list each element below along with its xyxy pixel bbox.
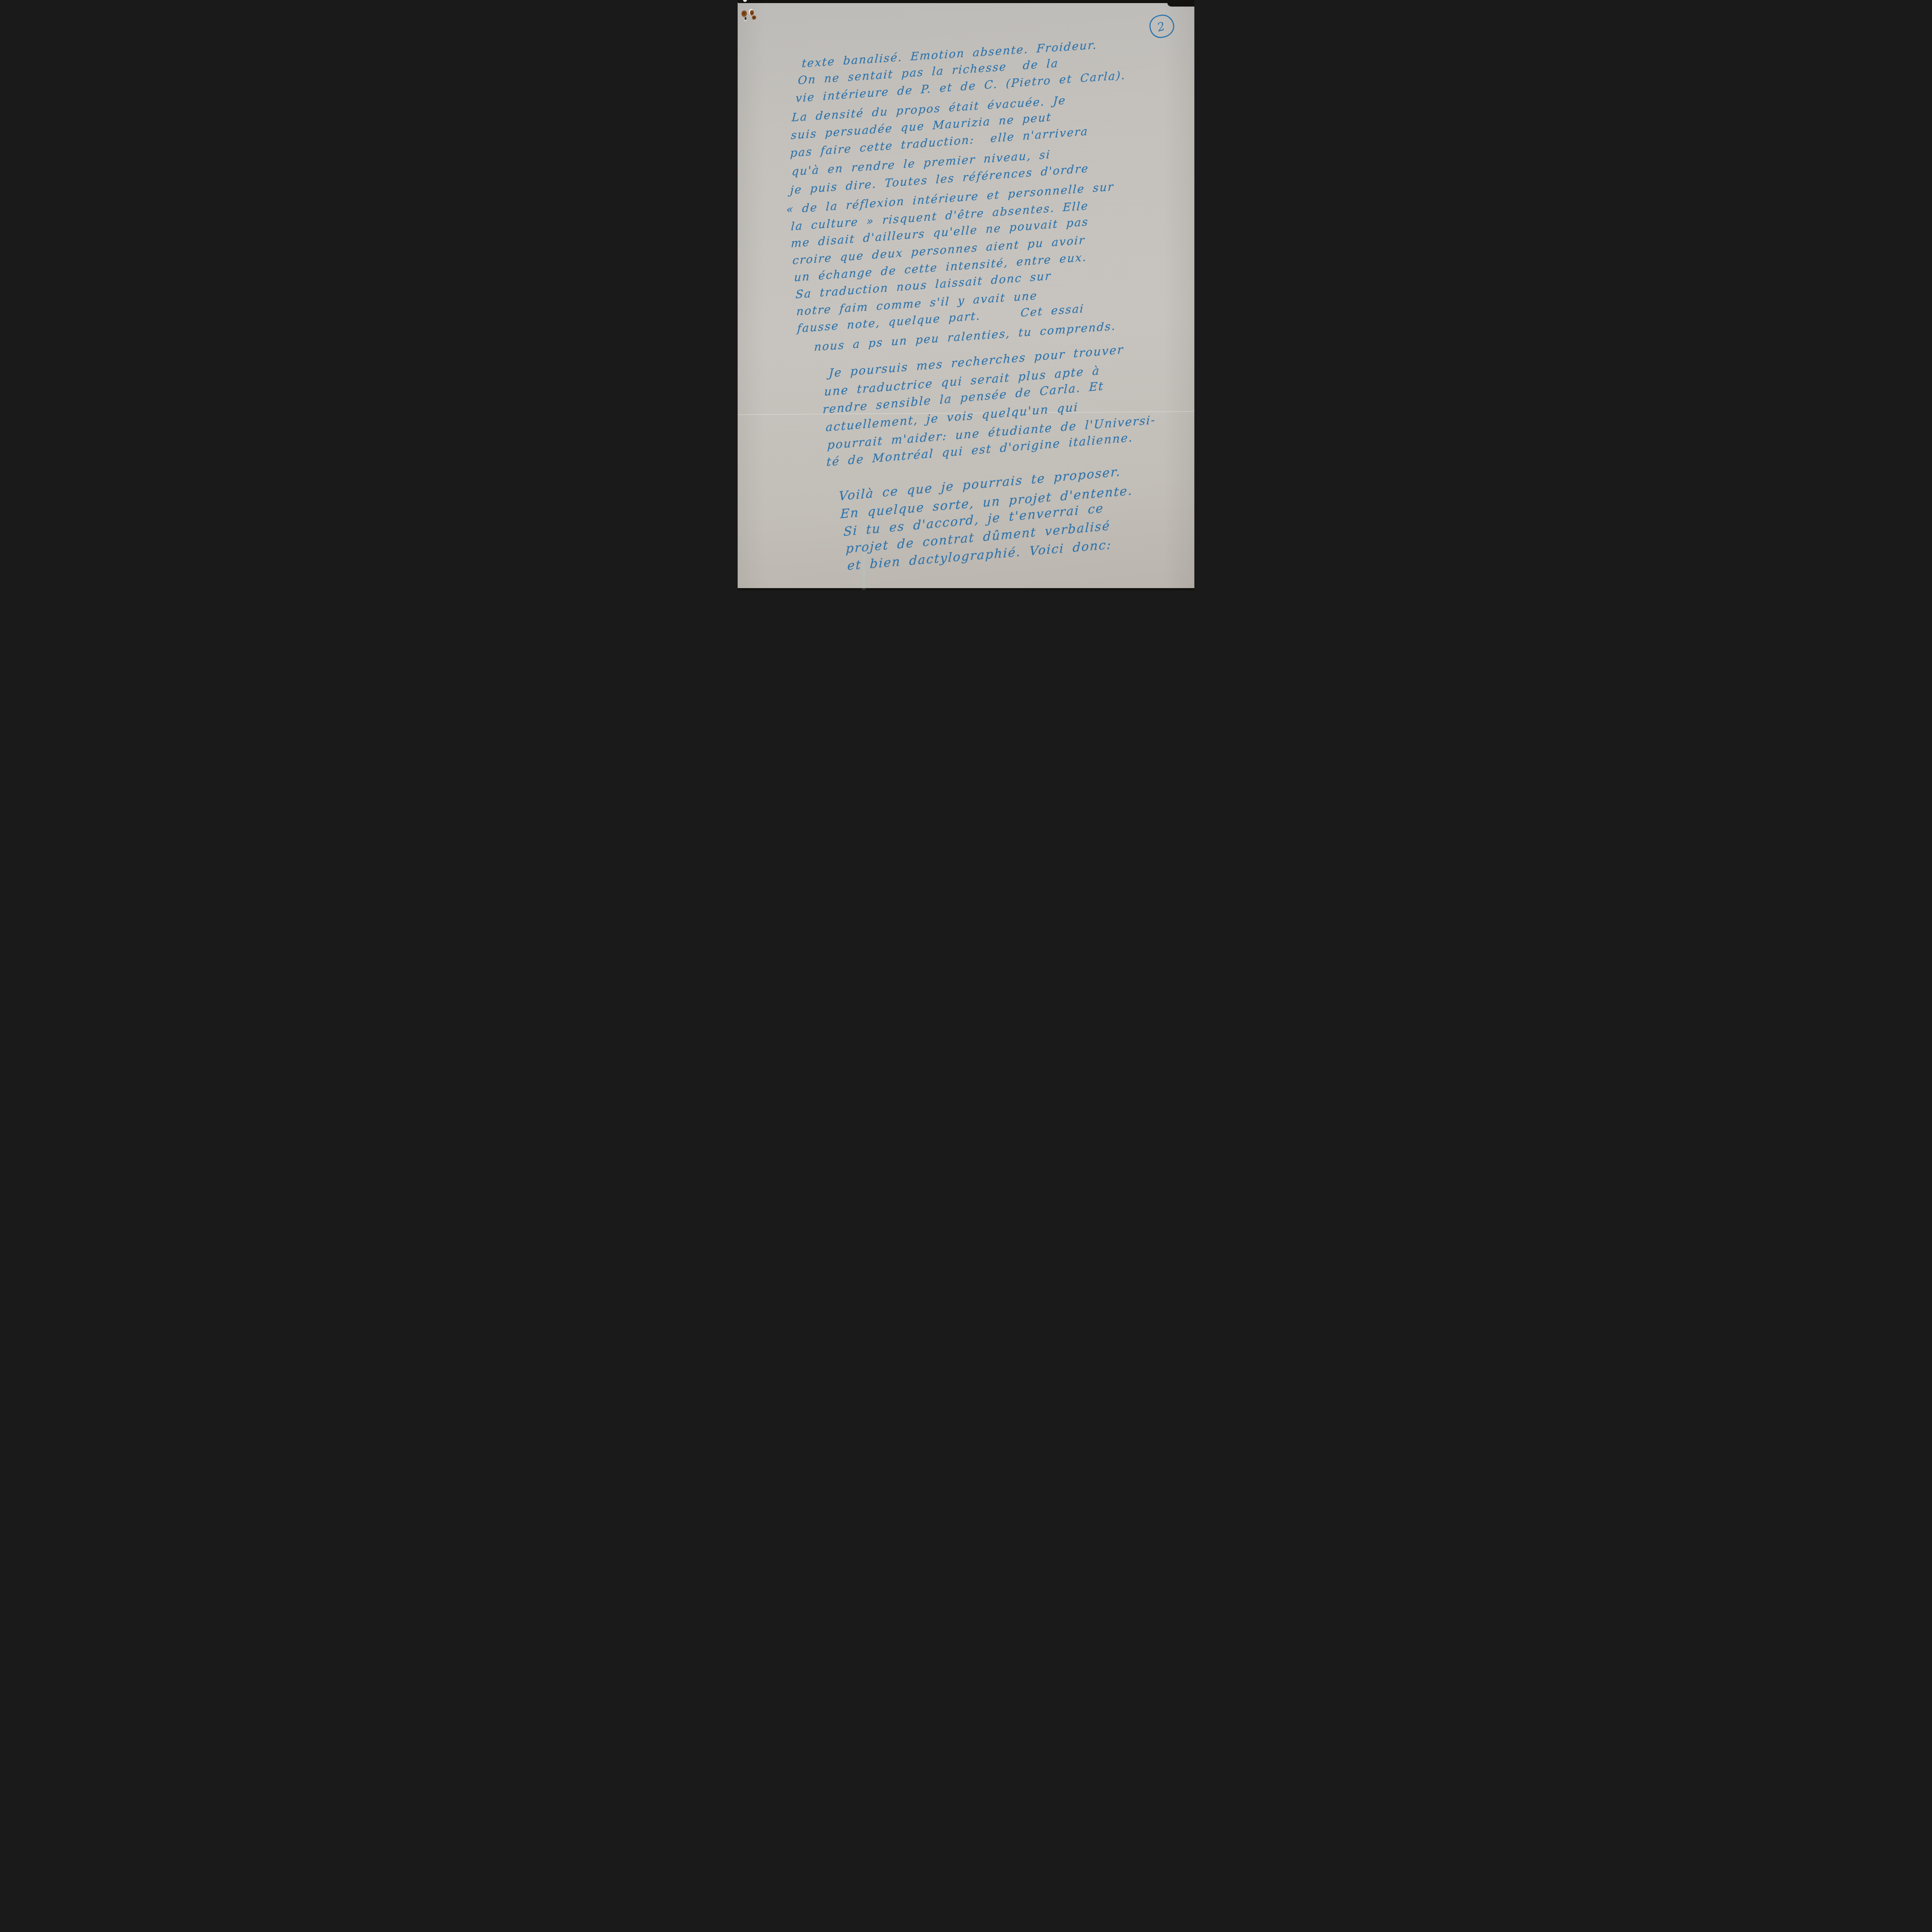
page-number-badge: 2: [1148, 14, 1175, 39]
letter-page: 2 texte banalisé. Emotion absente. Froid…: [738, 0, 1194, 590]
scan-edge-top: [738, 0, 1194, 3]
rust-stain: [742, 10, 747, 17]
scan-edge-bottom: [738, 588, 1194, 590]
rust-stain: [752, 15, 756, 20]
ink-speck: [745, 17, 747, 20]
page-number: 2: [1156, 19, 1167, 34]
rust-stain: [750, 10, 754, 15]
scan-edge-top-right: [1167, 0, 1194, 7]
